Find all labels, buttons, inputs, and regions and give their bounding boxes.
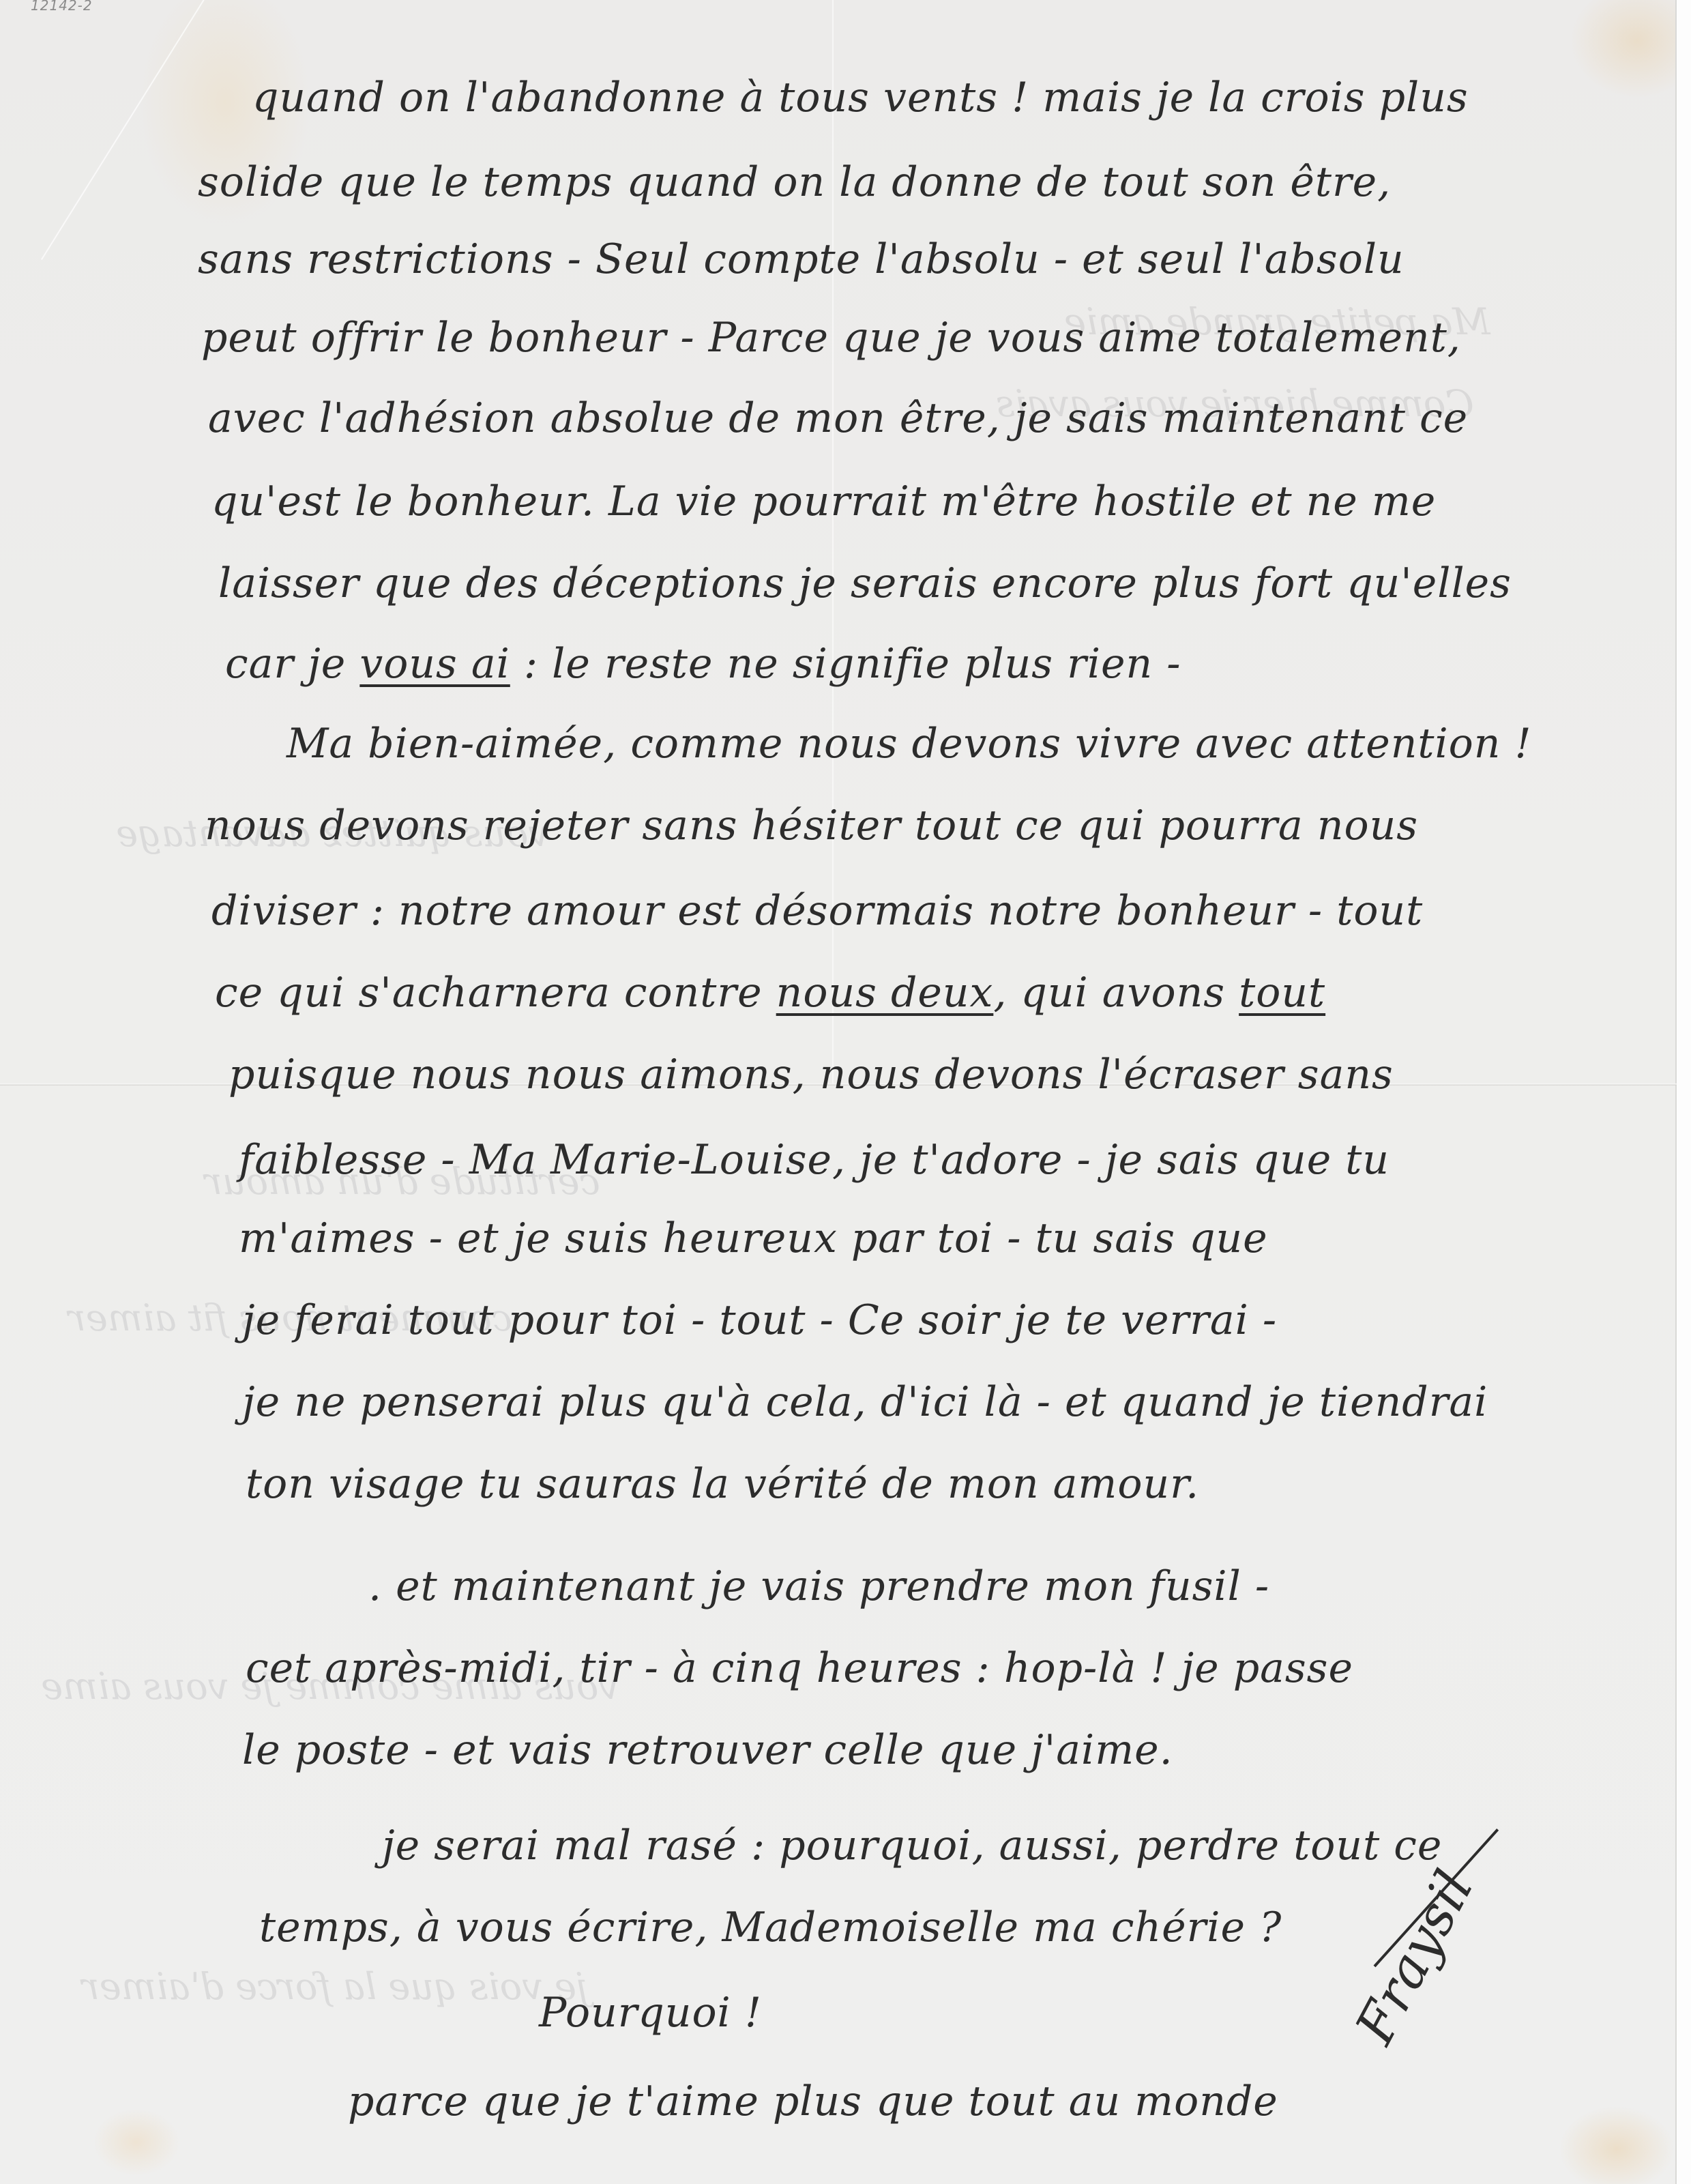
scan-margin — [1677, 0, 1691, 2184]
letter-line-1: quand on l'abandonne à tous vents ! mais… — [252, 74, 1469, 121]
letter-line-24: Pourquoi ! — [539, 1989, 762, 2037]
letter-line-23: temps, à vous écrire, Mademoiselle ma ch… — [259, 1904, 1282, 1951]
letter-line-6: qu'est le bonheur. La vie pourrait m'êtr… — [211, 478, 1436, 525]
signature: Fraysil — [1344, 1861, 1486, 2054]
letter-line-17: je ne penserai plus qu'à cela, d'ici là … — [242, 1378, 1488, 1426]
letter-line-8: car je vous ai : le reste ne signifie pl… — [225, 640, 1181, 688]
letter-line-15: m'aimes - et je suis heureux par toi - t… — [239, 1214, 1268, 1262]
letter-line-18: ton visage tu sauras la vérité de mon am… — [246, 1460, 1199, 1508]
text-car: car je — [225, 640, 359, 688]
letter-line-13: puisque nous nous aimons, nous devons l'… — [229, 1051, 1394, 1098]
letter-line-5: avec l'adhésion absolue de mon être, je … — [208, 394, 1468, 442]
letter-line-10: nous devons rejeter sans hésiter tout ce… — [205, 802, 1418, 849]
text-rest: : le reste ne signifie plus rien - — [510, 640, 1181, 688]
letter-line-4: peut offrir le bonheur - Parce que je vo… — [201, 314, 1461, 362]
letter-line-11: diviser : notre amour est désormais notr… — [211, 887, 1423, 935]
letter-line-7: laisser que des déceptions je serais enc… — [218, 559, 1512, 607]
letter-line-21: le poste - et vais retrouver celle que j… — [242, 1726, 1173, 1774]
letter-line-19: . et maintenant je vais prendre mon fusi… — [368, 1562, 1269, 1610]
letter-line-9: Ma bien-aimée, comme nous devons vivre a… — [286, 720, 1532, 768]
letter-line-20: cet après-midi, tir - à cinq heures : ho… — [246, 1644, 1353, 1692]
letter-line-12: ce qui s'acharnera contre nous deux, qui… — [215, 969, 1325, 1017]
letter-line-22: je serai mal rasé : pourquoi, aussi, per… — [382, 1822, 1442, 1869]
letter-line-25: parce que je t'aime plus que tout au mon… — [348, 2078, 1278, 2125]
handwritten-letter: quand on l'abandonne à tous vents ! mais… — [0, 0, 1677, 2184]
letter-line-2: solide que le temps quand on la donne de… — [198, 158, 1391, 206]
letter-line-16: je ferai tout pour toi - tout - Ce soir … — [242, 1296, 1277, 1344]
underlined-nous-deux: nous deux — [776, 969, 994, 1017]
letter-line-14: faiblesse - Ma Marie-Louise, je t'adore … — [239, 1136, 1389, 1184]
letter-line-3: sans restrictions - Seul compte l'absolu… — [198, 235, 1405, 283]
underlined-tout: tout — [1239, 969, 1325, 1017]
text-ce-qui: ce qui s'acharnera contre — [215, 969, 776, 1017]
text-qui-avons: , qui avons — [993, 969, 1239, 1017]
underlined-vous-ai: vous ai — [359, 640, 510, 688]
